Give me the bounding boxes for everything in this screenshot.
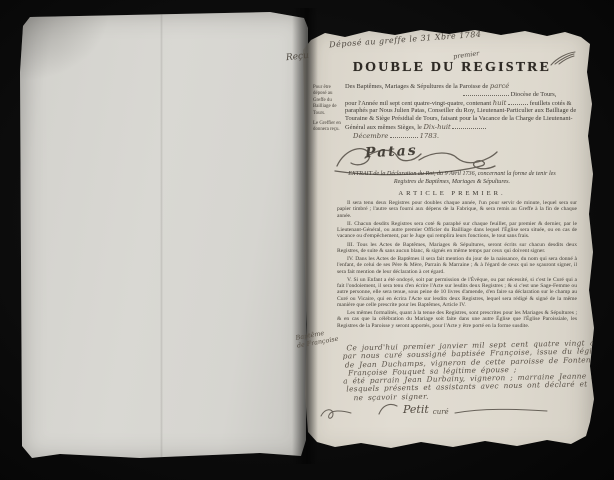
intro-date-year: 1783.: [420, 132, 439, 140]
fill-rule: [463, 91, 509, 96]
intro-line-4-hand: Dix-huit: [423, 123, 450, 131]
page-corner-shade: [20, 12, 110, 82]
intro-line-3-hand: huit: [493, 99, 507, 107]
intro-date-line: Décembre 1783.: [345, 132, 579, 141]
cure-signature: Petit: [403, 403, 429, 416]
intro-line-3-print: pour l'Année mil sept cent quatre-vingt-…: [345, 100, 491, 107]
margin-print-note-1: Pour être déposé au Greffe du Bailliage …: [313, 85, 343, 117]
fill-rule: [452, 124, 486, 129]
margin-print-note-2: Le Greffier en donnera reçu.: [313, 121, 343, 134]
article-paragraph-4: IV. Dans les Actes de Baptêmes il sera f…: [337, 256, 577, 275]
intro-line-1-hand: parcé: [490, 82, 509, 90]
officer-signature: Patas: [365, 143, 418, 162]
page-title: DOUBLE DU REGISTRE: [337, 60, 567, 76]
article-paragraph-2: II. Chacun desdits Registres sera coté &…: [337, 221, 577, 240]
intro-line-1: Des Baptêmes, Mariages & Sépultures de l…: [345, 82, 579, 91]
register-scan: Déposé au greffe le 31 Xbre 1784 premier…: [0, 0, 614, 480]
intro-paragraph: Des Baptêmes, Mariages & Sépultures de l…: [345, 82, 579, 141]
intro-line-2: Diocèse de Tours,: [345, 91, 579, 99]
fill-rule: [390, 133, 418, 138]
article-paragraph-1: Il sera tenu deux Registres pour doubles…: [337, 200, 577, 219]
left-blank-page: [20, 12, 308, 460]
intro-line-3: pour l'Année mil sept cent quatre-vingt-…: [345, 99, 579, 132]
fill-rule: [508, 100, 528, 105]
intro-line-1-print: Des Baptêmes, Mariages & Sépultures de l…: [345, 83, 488, 90]
article-paragraph-6: Les mêmes formalités, quant à la tenue d…: [337, 310, 577, 329]
deposit-annotation: Déposé au greffe le 31 Xbre 1784: [329, 30, 482, 50]
page-crease: [160, 12, 163, 460]
signature-swash: [379, 405, 397, 414]
intro-line-2-print: Diocèse de Tours,: [511, 91, 557, 98]
article-paragraph-5: V. Si un Enfant a été ondoyé, soit par p…: [337, 277, 577, 308]
intro-date-month: Décembre: [353, 132, 388, 140]
bottom-flourish-icon: [319, 406, 353, 427]
right-register-page: Déposé au greffe le 31 Xbre 1784 premier…: [303, 24, 595, 456]
baptism-act-entry: Ce jourd'hui premier janvier mil sept ce…: [342, 340, 581, 403]
margin-print-notes: Pour être déposé au Greffe du Bailliage …: [313, 85, 343, 138]
cure-signature-block: Petit curé: [377, 402, 549, 416]
article-premier-heading: ARTICLE PREMIER.: [339, 190, 565, 197]
extrait-heading: EXTRAIT de la Déclaration du Roi, du 9 A…: [339, 171, 565, 187]
articles-text: Il sera tenu deux Registres pour doubles…: [337, 200, 577, 340]
cure-signature-title: curé: [433, 408, 449, 416]
article-paragraph-3: III. Tous les Actes de Baptêmes, Mariage…: [337, 242, 577, 255]
